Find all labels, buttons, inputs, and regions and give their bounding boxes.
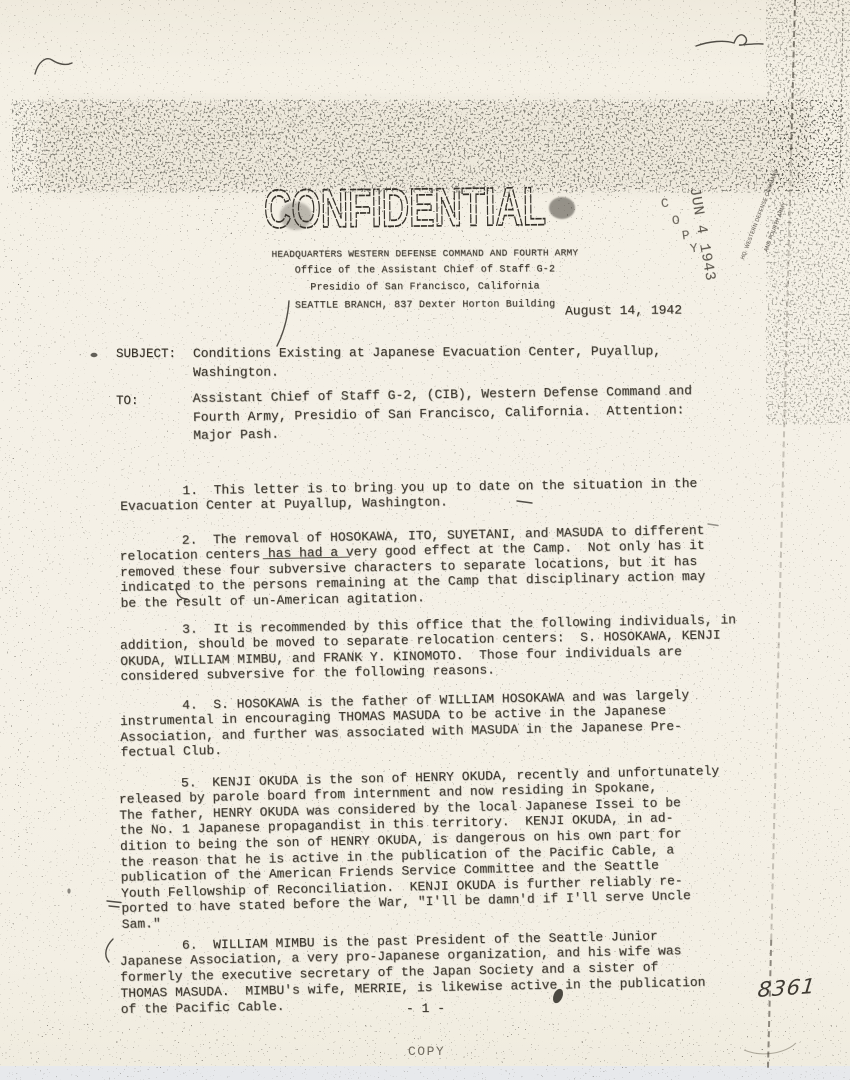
paragraph-text: 5. KENJI OKUDA is the son of HENRY OKUDA…: [119, 763, 720, 932]
paragraph-3: 3. It is recommended by this office that…: [119, 596, 737, 684]
letterhead-line: SEATTLE BRANCH, 837 Dexter Horton Buildi…: [255, 296, 595, 315]
copy-footer-stamp: COPY: [408, 1044, 445, 1059]
confidential-stamp: CONFIDENTIAL: [258, 176, 592, 240]
paragraph-1: 1. This letter is to bring you up to dat…: [120, 460, 698, 515]
handwritten-number: 8361: [756, 974, 817, 1002]
stamp-ink-blob: [549, 197, 575, 219]
letterhead-line: HEADQUARTERS WESTERN DEFENSE COMMAND AND…: [255, 244, 595, 263]
paragraph-4: 4. S. HOSOKAWA is the father of WILLIAM …: [119, 672, 690, 761]
letterhead-line: Presidio of San Francisco, California: [255, 279, 595, 298]
paragraph-text: 2. The removal of HOSOKAWA, ITO, SUYETAN…: [120, 522, 706, 610]
letterhead: HEADQUARTERS WESTERN DEFENSE COMMAND AND…: [255, 244, 595, 315]
paragraph-5: 5. KENJI OKUDA is the son of HENRY OKUDA…: [118, 747, 722, 932]
page-number: - 1 -: [406, 1001, 445, 1016]
subject-text: Conditions Existing at Japanese Evacuati…: [193, 342, 661, 382]
to-label: TO:: [116, 394, 139, 408]
stamp-smudge: [280, 202, 312, 230]
date-line: August 14, 1942: [565, 302, 682, 318]
copy-stamp-letter: O: [671, 213, 681, 229]
subject-label: SUBJECT:: [116, 347, 176, 361]
letterhead-line: Office of the Assistant Chief of Staff G…: [255, 261, 595, 280]
scanned-memo-screenshot: { "document": { "classification": "CONFI…: [0, 0, 850, 1080]
to-text: Assistant Chief of Staff G-2, (CIB), Wes…: [193, 382, 693, 446]
copy-stamp-letter: C: [660, 196, 670, 212]
